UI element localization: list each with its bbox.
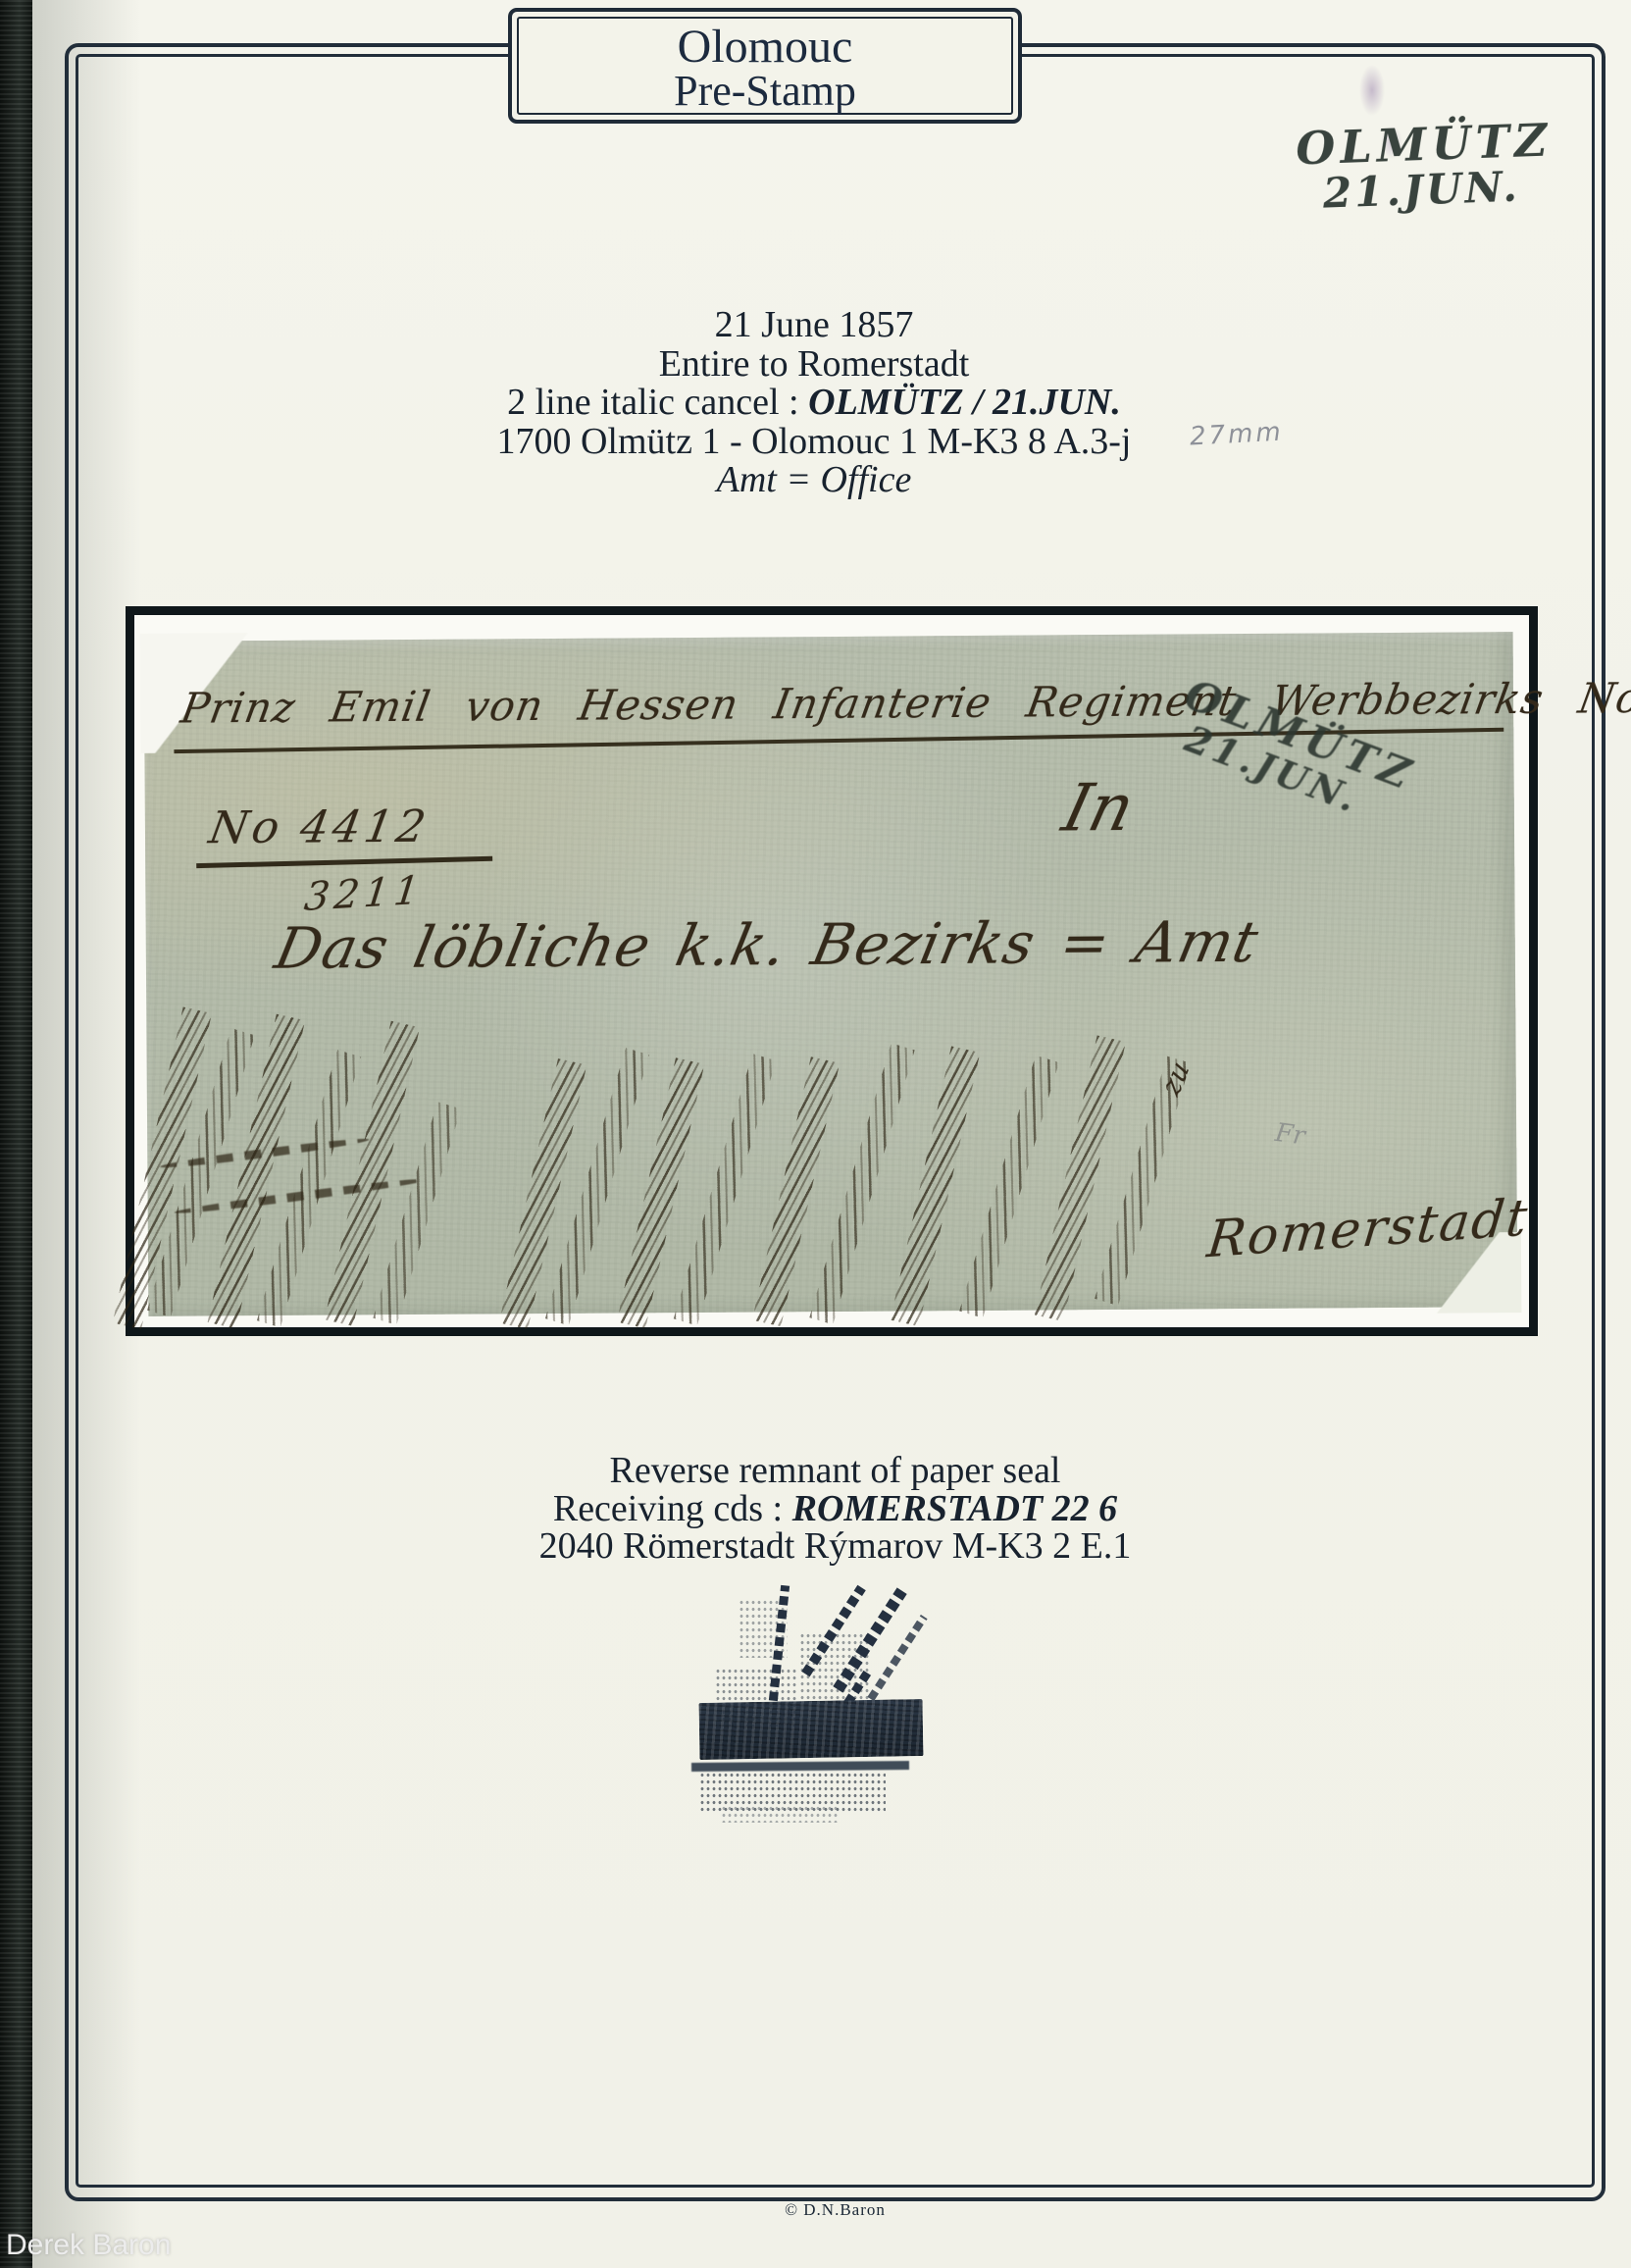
desc-cancel-prefix: 2 line italic cancel : [507, 382, 808, 423]
docket-underline [196, 856, 492, 868]
manuscript-docket-lower: 3211 [302, 868, 427, 921]
desc-catalog: 1700 Olmütz 1 - Olomouc 1 M-K3 8 A.3-j [39, 423, 1589, 462]
ink-smudge [1359, 65, 1385, 116]
seal-dark-line [691, 1761, 909, 1772]
seal-speckle [799, 1632, 870, 1703]
seal-remnant-image [682, 1581, 939, 1817]
cross-writing [144, 632, 1513, 642]
caption-cds-value: ROMERSTADT 22 6 [792, 1488, 1118, 1529]
description-block: 21 June 1857 Entire to Romerstadt 2 line… [39, 306, 1589, 500]
desc-date: 21 June 1857 [39, 306, 1589, 345]
caption-cds-line: Receiving cds : ROMERSTADT 22 6 [65, 1490, 1606, 1528]
caption-catalog: 2040 Römerstadt Rýmarov M-K3 2 E.1 [65, 1527, 1606, 1566]
desc-cancel-line: 2 line italic cancel : OLMÜTZ / 21.JUN. [39, 384, 1589, 423]
caption-cds-prefix: Receiving cds : [553, 1488, 792, 1529]
binding-edge [0, 0, 32, 2268]
handstamp-date: 21.JUN. [1322, 164, 1553, 215]
manuscript-docket-number: No 4412 [205, 800, 433, 854]
seal-speckle [721, 1805, 839, 1823]
pencil-annotation: 27mm [1189, 418, 1284, 452]
seal-speckle [715, 1668, 797, 1727]
desc-entire: Entire to Romerstadt [39, 345, 1589, 385]
title-box: Olomouc Pre-Stamp [508, 8, 1022, 124]
title-box-inner: Olomouc Pre-Stamp [517, 17, 1013, 115]
manuscript-in: In [1055, 770, 1141, 847]
desc-translation: Amt = Office [39, 461, 1589, 500]
photographer-watermark: Derek Baron [6, 2229, 171, 2262]
desc-cancel-value: OLMÜTZ / 21.JUN. [808, 382, 1121, 423]
pencil-mark: Fr [1273, 1118, 1306, 1152]
cover-image-frame: Prinz Emil von Hessen Infanterie Regimen… [126, 606, 1538, 1336]
manuscript-address: Das löbliche k.k. Bezirks = Amt [270, 908, 1264, 982]
page-subtitle: Pre-Stamp [519, 69, 1011, 114]
caption-seal: Reverse remnant of paper seal [65, 1452, 1606, 1490]
seal-speckle [739, 1599, 788, 1658]
olmutz-handstamp-reference: OLMÜTZ 21.JUN. [1295, 115, 1553, 216]
seal-caption-block: Reverse remnant of paper seal Receiving … [65, 1452, 1606, 1566]
footer-copyright: © D.N.Baron [65, 2200, 1606, 2220]
album-page: Olomouc Pre-Stamp OLMÜTZ 21.JUN. 21 June… [0, 0, 1631, 2268]
page-title: Olomouc [519, 22, 1011, 73]
cover-scan: Prinz Emil von Hessen Infanterie Regimen… [144, 632, 1518, 1316]
